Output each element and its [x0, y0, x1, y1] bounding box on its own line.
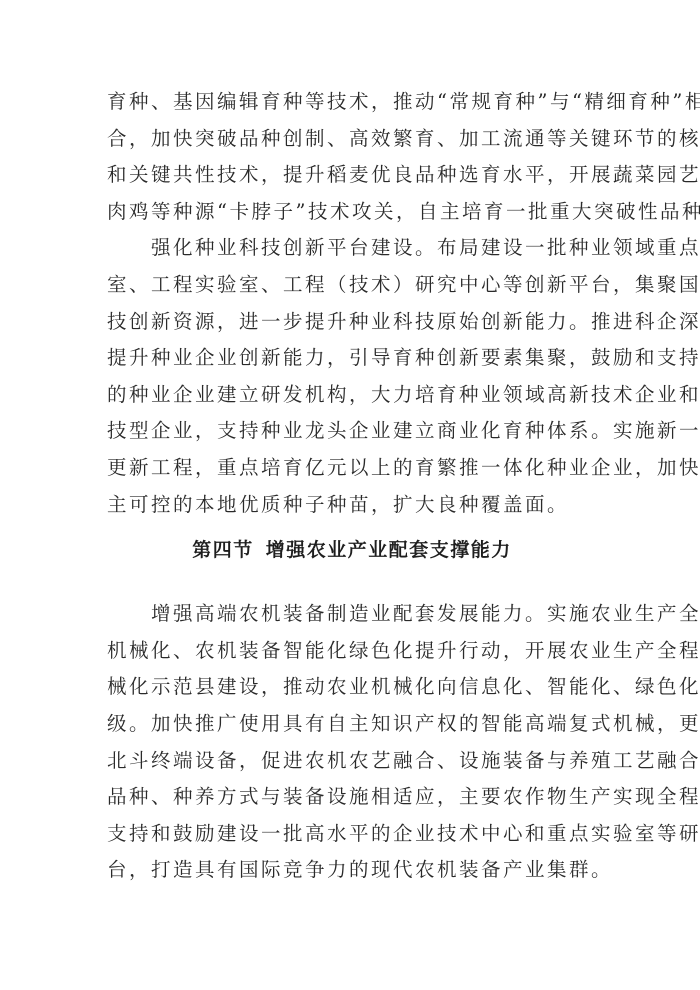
section-heading: 第四节增强农业产业配套支撑能力 [107, 523, 597, 596]
paragraph-seed-innovation-platform: 强化种业科技创新平台建设。布局建设一批种业领域重点实验 室、工程实验室、工程（技… [107, 230, 597, 523]
text-line: 强化种业科技创新平台建设。布局建设一批种业领域重点实验 [107, 230, 597, 267]
text-line: 育种、基因编辑育种等技术，推动“常规育种”与“精细育种”相结 [107, 84, 597, 121]
text-line: 支持和鼓励建设一批高水平的企业技术中心和重点实验室等研发平 [107, 816, 597, 853]
text-line: 台，打造具有国际竞争力的现代农机装备产业集群。 [107, 852, 597, 889]
text-line: 技型企业，支持种业龙头企业建立商业化育种体系。实施新一轮品种 [107, 413, 597, 450]
text-line: 增强高端农机装备制造业配套发展能力。实施农业生产全程全面 [107, 596, 597, 633]
text-line: 械化示范县建设，推动农业机械化向信息化、智能化、绿色化转型升 [107, 669, 597, 706]
text-line: 室、工程实验室、工程（技术）研究中心等创新平台，集聚国内外科 [107, 267, 597, 304]
text-line: 机械化、农机装备智能化绿色化提升行动，开展农业生产全程全面机 [107, 633, 597, 670]
text-line: 级。加快推广使用具有自主知识产权的智能高端复式机械，更多应用 [107, 706, 597, 743]
text-line: 肉鸡等种源“卡脖子”技术攻关，自主培育一批重大突破性品种。 [107, 194, 597, 231]
text-line: 和关键共性技术，提升稻麦优良品种选育水平，开展蔬菜园艺、生猪、 [107, 157, 597, 194]
text-line: 提升种业企业创新能力，引导育种创新要素集聚，鼓励和支持有条件 [107, 340, 597, 377]
text-line: 主可控的本地优质种子种苗，扩大良种覆盖面。 [107, 487, 597, 524]
paragraph-seed-tech-breakthrough: 育种、基因编辑育种等技术，推动“常规育种”与“精细育种”相结 合，加快突破品种创… [107, 84, 597, 230]
paragraph-agri-machinery: 增强高端农机装备制造业配套发展能力。实施农业生产全程全面 机械化、农机装备智能化… [107, 596, 597, 889]
text-line: 品种、种养方式与装备设施相适应，主要农作物生产实现全程机械化。 [107, 779, 597, 816]
text-line: 的种业企业建立研发机构，大力培育种业领域高新技术企业和农业科 [107, 377, 597, 414]
text-line: 合，加快突破品种创制、高效繁育、加工流通等关键环节的核心技术 [107, 121, 597, 158]
text-line: 更新工程，重点培育亿元以上的育繁推一体化种业企业，加快推广自 [107, 450, 597, 487]
text-line: 北斗终端设备，促进农机农艺融合、设施装备与养殖工艺融合，推进 [107, 743, 597, 780]
text-line: 技创新资源，进一步提升种业科技原始创新能力。推进科企深度融合， [107, 304, 597, 341]
document-page: 育种、基因编辑育种等技术，推动“常规育种”与“精细育种”相结 合，加快突破品种创… [107, 84, 597, 889]
section-title: 增强农业产业配套支撑能力 [266, 539, 512, 561]
section-number: 第四节 [192, 539, 254, 561]
